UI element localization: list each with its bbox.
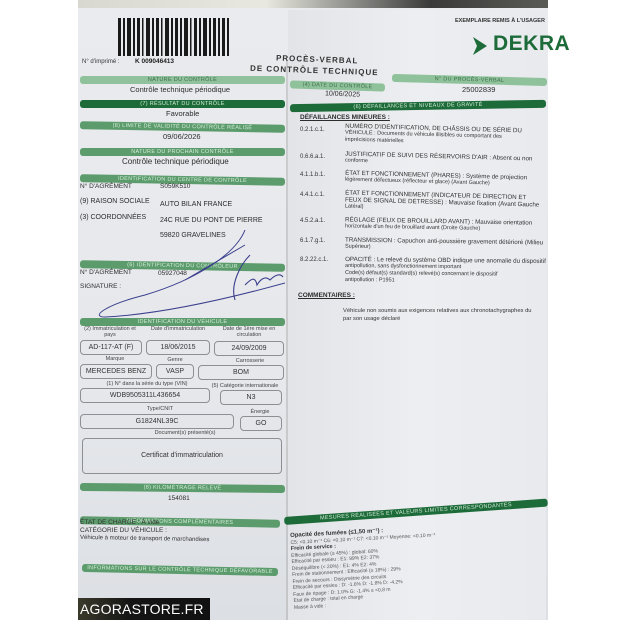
carrosserie-value: BOM xyxy=(198,365,284,380)
first-circ-value: 24/09/2009 xyxy=(214,341,284,356)
address-line1: 24C RUE DU PONT DE PIERRE xyxy=(160,217,263,224)
minor-defects-title: DÉFAILLANCES MINEURES : xyxy=(300,114,390,121)
energie-label: Énergie xyxy=(245,409,275,415)
comments-line1: Véhicule non soumis aux exigences relati… xyxy=(343,308,532,315)
raison-sociale-label: (9) RAISON SOCIALE xyxy=(80,198,150,205)
barcode-icon xyxy=(118,18,230,56)
carrosserie-label: Carrosserie xyxy=(220,358,280,364)
defect-code: 4.1.1.b.1. xyxy=(300,172,325,178)
signature-icon xyxy=(85,225,285,320)
raison-sociale-value: AUTO BILAN FRANCE xyxy=(160,201,232,208)
print-number: K 009046413 xyxy=(135,58,174,65)
vehicle-label: IDENTIFICATION DU VÉHICULE xyxy=(80,318,285,326)
measures-list: Opacité des fumées (≤1,50 m⁻¹) : C5: <0.… xyxy=(290,525,439,610)
marque-label: Marque xyxy=(90,356,140,362)
date-value: 10/06/2025 xyxy=(325,90,360,98)
info-line-2: CATÉGORIE DU VÉHICULE : xyxy=(80,527,167,534)
first-circ-label: Date de 1ère mise en circulation xyxy=(214,326,284,338)
comments-line2: par son usage déclaré xyxy=(343,316,400,323)
documents-value: Certificat d'immatriculation xyxy=(82,438,282,474)
center-agrement-value: S059K510 xyxy=(160,183,190,190)
marque-value: MERCEDES BENZ xyxy=(80,364,152,379)
coordonnees-label: (3) COORDONNÉES xyxy=(80,214,146,221)
defect-code: 8.2.22.c.1. xyxy=(300,257,328,263)
brand-name: DEKRA xyxy=(493,32,570,56)
result-label: (7) RÉSULTAT DU CONTRÔLE xyxy=(80,100,285,108)
result-value: Favorable xyxy=(166,109,199,118)
pv-number-value: 25002839 xyxy=(462,85,495,94)
type-value: G1824NL39C xyxy=(80,414,234,429)
defect-text: OPACITÉ : Le relevé du système OBD indiq… xyxy=(345,256,546,286)
defect-code: 4.5.2.a.1. xyxy=(300,218,325,224)
type-label: Type/CNIT xyxy=(130,406,190,412)
info-line-1: ÉTAT DE CHARGE : À vide xyxy=(80,519,159,526)
nature-label: NATURE DU CONTRÔLE xyxy=(80,76,285,84)
dekra-logo-icon xyxy=(471,35,489,57)
document-photo: N° d'imprimé : K 009046413 PROCÈS-VERBAL… xyxy=(0,0,620,620)
genre-value: VASP xyxy=(156,364,194,379)
defect-code: 0.6.6.a.1. xyxy=(300,154,325,160)
center-agrement-label: N° D'AGRÉMENT xyxy=(80,183,132,190)
vin-label: (1) N° dans la série du type (VIN) xyxy=(92,381,202,387)
categorie-value: N3 xyxy=(220,390,282,405)
documents-label: Document(s) présenté(s) xyxy=(140,430,230,436)
defect-text: TRANSMISSION : Capuchon anti-poussière g… xyxy=(345,237,543,254)
km-value: 154081 xyxy=(168,495,190,502)
copy-note: EXEMPLAIRE REMIS À L'USAGER xyxy=(455,18,545,24)
defect-code: 6.1.7.g.1. xyxy=(300,238,325,244)
watermark: AGORASTORE.FR xyxy=(78,598,210,620)
date-immat-label: Date d'immatriculation xyxy=(148,326,208,332)
defect-code: 0.2.1.c.1. xyxy=(300,127,325,133)
date-immat-value: 18/06/2015 xyxy=(146,340,210,355)
immat-value: AD-117-AT (F) xyxy=(80,340,142,355)
nature-value: Contrôle technique périodique xyxy=(130,85,230,94)
paper-fold xyxy=(286,60,288,620)
comments-title: COMMENTAIRES : xyxy=(298,292,355,299)
validity-value: 09/06/2026 xyxy=(163,132,201,141)
immat-label: (2) Immatriculation et pays xyxy=(80,326,140,338)
genre-label: Genre xyxy=(155,357,195,363)
next-control-label: NATURE DU PROCHAIN CONTRÔLE xyxy=(80,148,285,156)
next-control-value: Contrôle technique périodique xyxy=(122,157,229,166)
defect-code: 4.4.1.c.1. xyxy=(300,192,325,198)
print-number-label: N° d'imprimé : xyxy=(82,59,120,65)
categorie-label: (5) Catégorie internationale xyxy=(205,383,285,389)
vin-value: WDB9505311L436654 xyxy=(80,388,210,403)
energie-value: GO xyxy=(240,416,282,431)
